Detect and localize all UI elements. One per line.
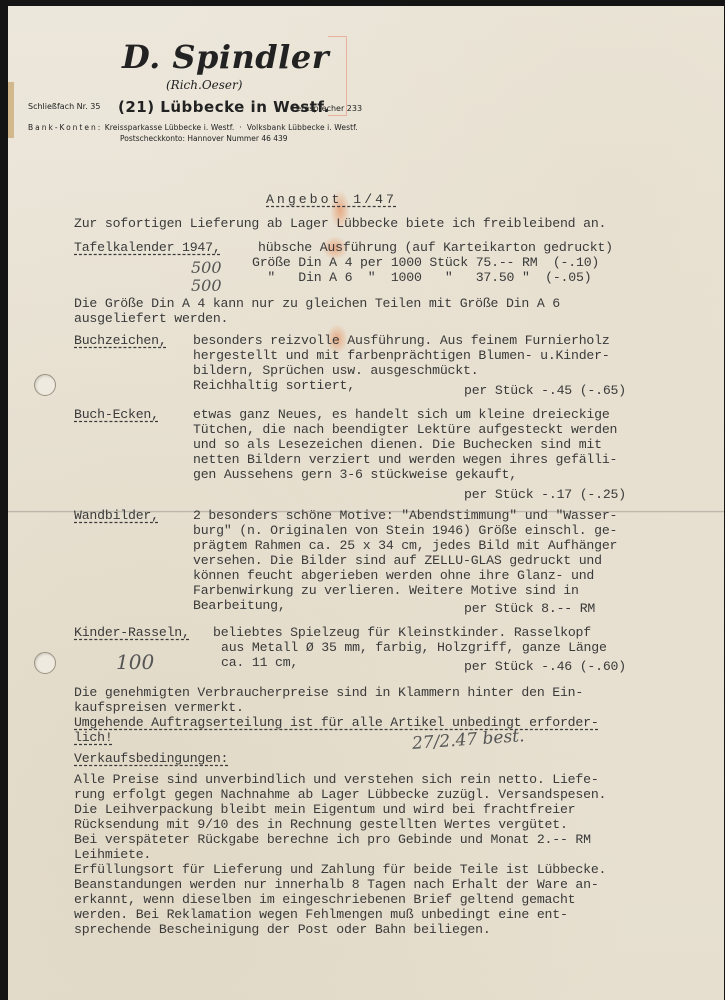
terms-line: Beanstandungen werden nur innerhalb 8 Ta… [74,877,599,892]
item-note: Die Größe Din A 4 kann nur zu gleichen T… [74,296,560,311]
terms-line: werden. Bei Reklamation wegen Fehlmengen… [74,907,568,922]
item-line: Tütchen, die nach beendigter Lektüre auf… [193,422,617,437]
terms-line: Die Leihverpackung bleibt mein Eigentum … [74,802,575,817]
terms-line: Alle Preise sind unverbindlich und verst… [74,772,599,787]
item-line: Farbenwirkung zu verlieren. Weitere Moti… [193,583,579,598]
consumer-price-note: Die genehmigten Verbraucherpreise sind i… [74,685,583,700]
postal-account: Postscheckkonto: Hannover Nummer 46 439 [120,134,288,143]
stamp-mark [328,36,347,116]
bank-accounts: Bank-Konten: Kreissparkasse Lübbecke i. … [28,123,358,132]
bank-2: Volksbank Lübbecke i. Westf. [247,123,358,132]
item-line: hübsche Ausführung (auf Karteikarton ged… [258,240,613,255]
item-line: besonders reizvolle Ausführung. Aus fein… [193,333,610,348]
item-name-buch-ecken: Buch-Ecken, [74,407,159,422]
item-line: ca. 11 cm, [221,655,298,670]
letter-page: D. Spindler (Rich.Oeser) Schließfach Nr.… [8,6,724,1000]
company-owner: (Rich.Oeser) [166,78,242,92]
item-line: " Din A 6 " 1000 " 37.50 " (-.05) [252,270,591,285]
item-name-tafelkalender: Tafelkalender 1947, [74,240,221,255]
terms-line: rung erfolgt gegen Nachnahme ab Lager Lü… [74,787,606,802]
item-price: per Stück -.46 (-.60) [464,659,626,674]
item-price: per Stück -.17 (-.25) [464,487,626,502]
item-line: etwas ganz Neues, es handelt sich um kle… [193,407,610,422]
company-name: D. Spindler [122,38,329,76]
item-line: beliebtes Spielzeug für Kleinstkinder. R… [213,625,591,640]
handwritten-note: 500 [191,258,222,277]
terms-line: Rücksendung mit 9/10 des in Rechnung ges… [74,817,568,832]
terms-line: Bei verspäteter Rückgabe berechne ich pr… [74,832,591,847]
item-line: Reichhaltig sortiert, [193,378,355,393]
punch-hole-top [34,374,56,396]
terms-heading: Verkaufsbedingungen: [74,751,228,766]
terms-line: erkannt, wenn dieselben im eingeschriebe… [74,892,575,907]
punch-hole-bottom [34,652,56,674]
consumer-price-note: kaufspreisen vermerkt. [74,700,244,715]
item-line: prägtem Rahmen ca. 25 x 34 cm, jedes Bil… [193,538,617,553]
item-line: netten Bildern verziert und werden wegen… [193,452,617,467]
item-line: bildern, Sprüchen usw. ausgeschmückt. [193,363,478,378]
bank-separator: · [239,123,241,132]
intro-text: Zur sofortigen Lieferung ab Lager Lübbec… [74,216,606,231]
item-line: burg" (n. Originalen von Stein 1946) Grö… [193,523,617,538]
handwritten-quantity: 100 [116,650,154,674]
item-line: Bearbeitung, [193,598,286,613]
item-line: gen Aussehens gern 3-6 stückweise gekauf… [193,467,517,482]
item-line: und so als Lesezeichen dienen. Die Buche… [193,437,602,452]
item-note: ausgeliefert werden. [74,311,228,326]
handwritten-note: 500 [191,276,222,295]
item-line: aus Metall Ø 35 mm, farbig, Holzgriff, g… [221,640,607,655]
item-line: 2 besonders schöne Motive: "Abendstimmun… [193,508,617,523]
item-line: Größe Din A 4 per 1000 Stück 75.-- RM (-… [252,255,599,270]
po-box: Schließfach Nr. 35 [28,102,101,111]
item-line: hergestellt und mit farbenprächtigen Blu… [193,348,610,363]
item-name-kinder-rasseln: Kinder-Rasseln, [74,625,190,640]
item-price: per Stück -.45 (-.65) [464,383,626,398]
terms-line: Leihmiete. [74,847,151,862]
item-name-buchzeichen: Buchzeichen, [74,333,167,348]
item-line: können feucht abgerieben werden ohne ihr… [193,568,594,583]
terms-line: sprechende Bescheinigung der Post oder B… [74,922,491,937]
urgent-note: lich! [74,730,113,745]
bank-1: Kreissparkasse Lübbecke i. Westf. [105,123,235,132]
bank-label: Bank-Konten: [28,123,102,132]
terms-line: Erfüllungsort für Lieferung und Zahlung … [74,862,606,877]
item-name-wandbilder: Wandbilder, [74,508,159,523]
paper-edge-mark [8,82,14,138]
item-price: per Stück 8.-- RM [464,601,595,616]
item-line: versehen. Die Bilder sind auf ZELLU-GLAS… [193,553,602,568]
offer-title: Angebot 1/47 [266,192,397,207]
